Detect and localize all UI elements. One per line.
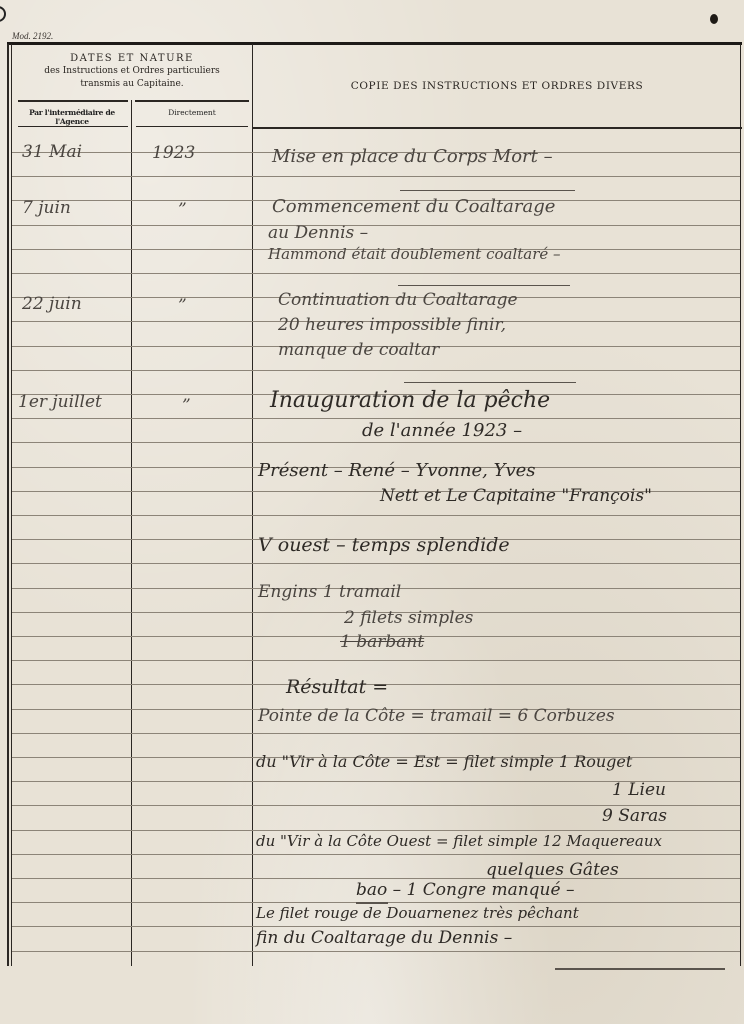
entry-date: 31 Mai — [22, 142, 82, 162]
ruled-line — [12, 515, 740, 516]
page-edge-mark — [0, 6, 6, 22]
entry-text: Le filet rouge de Douarnenez très pêchan… — [256, 904, 579, 922]
column-divider-1 — [131, 100, 132, 966]
entry-text: 9 Saras — [602, 806, 667, 826]
entry-text: Hammond était doublement coaltaré – — [268, 245, 561, 263]
ruled-line — [12, 225, 740, 226]
ruled-line — [12, 951, 740, 952]
ruled-line — [12, 563, 740, 564]
entry-text: quelques Gâtes — [486, 860, 619, 880]
entry-separator — [400, 190, 575, 191]
column-divider-2 — [252, 44, 253, 966]
column-header-copie: COPIE DES INSTRUCTIONS ET ORDRES DIVERS — [253, 80, 741, 92]
entry-directement: ” — [178, 200, 187, 220]
entry-text: au Dennis – — [268, 223, 368, 243]
entry-text: bao – 1 Congre manqué – — [356, 880, 574, 900]
ruled-line — [12, 878, 740, 879]
column-header-agence: Par l'intermédiaire de l'Agence — [14, 108, 130, 126]
ruled-line — [12, 442, 740, 443]
entry-text: V ouest – temps splendide — [258, 534, 510, 556]
left-border-inner — [11, 44, 12, 966]
entry-text: du "Vir à la Côte Ouest = filet simple 1… — [256, 832, 662, 850]
header-rule-left-4 — [136, 126, 248, 127]
header-rule-left-2 — [135, 100, 249, 102]
column-header-directement: Directement — [134, 108, 250, 117]
ruled-line — [12, 926, 740, 927]
entry-text: Engins 1 tramail — [258, 582, 401, 602]
entry-date: 7 juin — [22, 198, 71, 218]
header-dates-nature: DATES ET NATURE des Instructions et Ordr… — [12, 52, 252, 91]
entry-text: Résultat = — [286, 676, 388, 698]
closing-flourish — [555, 968, 725, 970]
ink-blot — [710, 14, 718, 24]
left-border — [7, 44, 9, 966]
entry-directement: ” — [178, 296, 187, 316]
entry-text: manque de coaltar — [278, 340, 439, 360]
entry-text: Commencement du Coaltarage — [272, 196, 555, 217]
ruled-line — [12, 733, 740, 734]
entry-directement: ” — [182, 396, 191, 416]
entry-text-struck: 1 barbant — [340, 632, 424, 652]
header-rule-right — [252, 127, 742, 129]
entry-text: 1 Lieu — [612, 780, 666, 800]
entry-text: 20 heures impossible finir, — [278, 315, 506, 335]
entry-text: Nett et Le Capitaine "François" — [380, 486, 652, 506]
ruled-line — [12, 830, 740, 831]
entry-text: fin du Coaltarage du Dennis – — [256, 928, 512, 948]
header-rule-left-3 — [18, 126, 128, 127]
ruled-line — [12, 660, 740, 661]
entry-date: 1er juillet — [18, 392, 102, 412]
entry-text: du "Vir à la Côte = Est = filet simple 1… — [256, 752, 632, 771]
header-line-3: transmis au Capitaine. — [12, 78, 252, 91]
header-title: DATES ET NATURE — [12, 52, 252, 65]
entry-text: Continuation du Coaltarage — [278, 290, 518, 310]
entry-directement: 1923 — [152, 143, 195, 163]
entry-separator — [398, 285, 570, 286]
entry-text: Mise en place du Corps Mort – — [272, 146, 553, 167]
ruled-line — [12, 176, 740, 177]
ruled-line — [12, 418, 740, 419]
form-code: Mod. 2192. — [12, 31, 53, 41]
entry-text: 2 filets simples — [344, 608, 473, 628]
ruled-line — [12, 854, 740, 855]
right-border — [740, 44, 741, 966]
entry-text: Présent – René – Yvonne, Yves — [258, 460, 536, 481]
entry-text: Inauguration de la pêche — [270, 388, 550, 413]
ruled-line — [12, 370, 740, 371]
ruled-line — [12, 273, 740, 274]
entry-text: de l'année 1923 – — [362, 420, 522, 441]
header-line-2: des Instructions et Ordres particuliers — [12, 65, 252, 78]
entry-text: Pointe de la Côte = tramail = 6 Corbuzes — [258, 706, 615, 726]
header-rule-left-1 — [18, 100, 128, 102]
entry-separator — [404, 382, 576, 383]
entry-date: 22 juin — [22, 294, 82, 314]
